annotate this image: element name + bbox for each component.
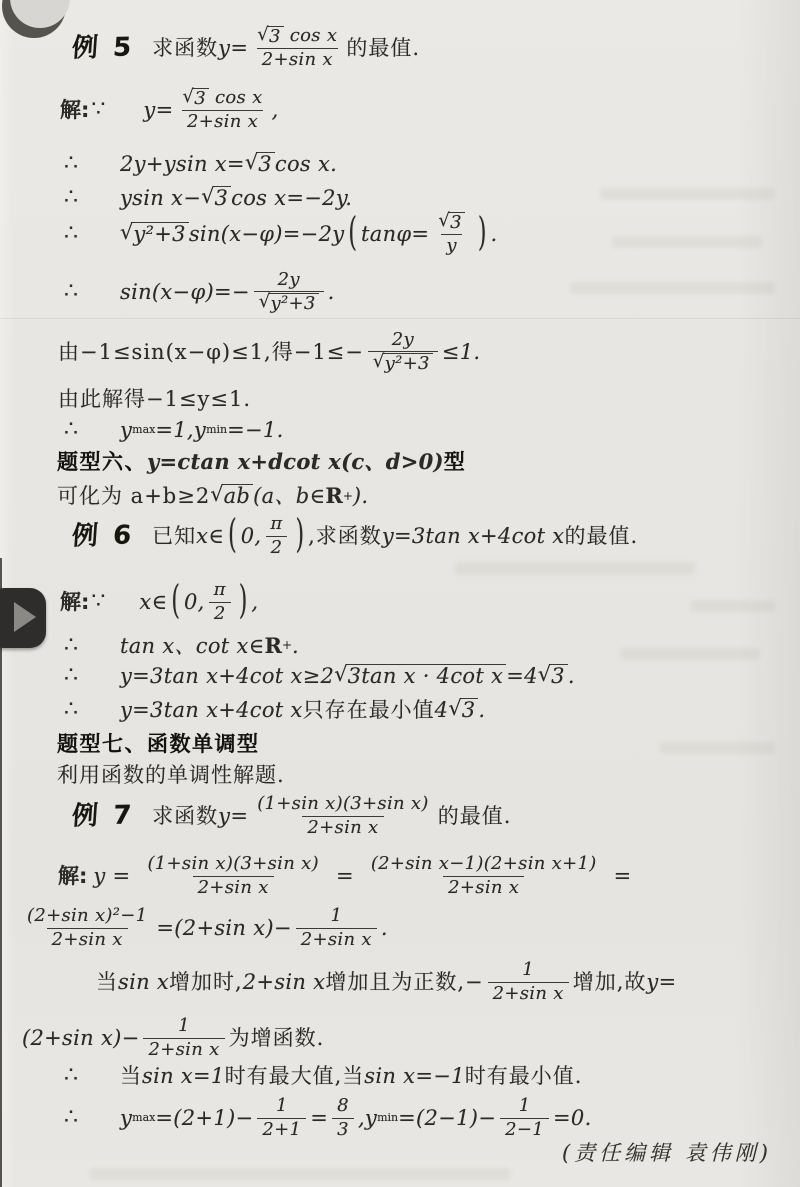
e7-step-3: 当 sin x 增加时,2+sin x 增加且为正数,− 12+sin x 增加… [96,956,676,1008]
therefore-symbol: ∴ [64,696,120,724]
note-text: 利用函数的单调性解题. [57,762,285,788]
math-text: y=3tan x+4cot x≥2 [120,663,334,689]
superscript-plus: + [343,489,353,504]
denominator: 2+sin x [296,928,377,950]
math-text: x∈ [196,523,224,549]
editor-credit-text: (责任编辑 袁伟刚) [562,1140,772,1166]
subscript-max: max [132,1111,155,1125]
math-text: (a、b∈ [253,483,325,509]
fraction: √3 cos x 2+sin x [177,88,267,132]
section6-note: 可化为 a+b≥2√ab(a、b∈R+). [57,483,368,509]
sqrt-icon: √ [334,663,347,686]
math-text: . [478,697,485,723]
equals: = [614,863,632,889]
conclusion-text: 由此解得−1≤y≤1. [58,386,251,412]
math-text: y= [143,97,173,123]
example5-prompt: 求函数 [152,35,218,61]
sqrt-icon: √ [538,663,551,686]
sqrt-icon: √ [448,697,461,720]
radicand: y²+3 [269,293,319,314]
heading-label: 题型七、函数单调型 [57,731,260,757]
numerator: 2y [273,270,305,291]
e7-step-4: (2+sin x)− 12+sin x 为增函数. [22,1012,324,1064]
therefore-symbol: ∴ [64,632,120,660]
equals: = [310,1105,328,1131]
section7-note: 利用函数的单调性解题. [57,762,285,788]
math-text: y [120,417,132,443]
fraction: (1+sin x)(3+sin x)2+sin x [142,854,323,897]
subscript-max: max [132,423,155,437]
solution-label: 解: [60,589,89,615]
left-paren: ( [228,511,237,561]
left-paren: ( [171,577,180,627]
equals: = [336,863,354,889]
radicand: 3 [267,26,284,47]
denominator: 2+sin x [257,48,338,70]
fraction: (2+sin x)²−12+sin x [22,906,152,949]
sqrt-icon: √ [259,292,271,312]
example7-label: 例 7 [71,799,136,833]
sqrt-radical: √y²+3 [373,353,433,374]
e6-step-4: ∴ y=3tan x+4cot x 只存在最小值 4√3. [64,696,485,724]
therefore-symbol: ∴ [64,1104,120,1132]
numerator: 1 [517,960,539,981]
denominator: 2 [209,602,231,624]
therefore-symbol: ∴ [64,662,120,690]
sqrt-icon: √ [201,185,214,208]
math-text: 4 [435,697,449,723]
page-edge-line [0,558,2,1187]
numerator: 1 [514,1096,536,1117]
example7-prompt-end: 的最值. [438,803,512,829]
math-text: sin x [118,969,169,995]
because-symbol: ∵ [91,96,125,124]
bleedthrough-smudge [570,282,775,294]
denominator: 2+sin x [443,876,524,898]
denominator: 2+sin x [47,928,128,950]
math-text: =1,y [155,417,206,443]
example5-label: 例 5 [71,31,136,65]
e7-step-5: ∴ 当 sin x=1 时有最大值,当 sin x=−1 时有最小值. [64,1062,582,1090]
numerator: 1 [173,1016,195,1037]
radicand: 3 [448,212,465,233]
math-text: y= [218,35,248,61]
fraction: 12−1 [500,1096,549,1139]
e5-step-6: 由−1≤sin(x−φ)≤1,得−1≤− 2y √y²+3 ≤1. [58,322,480,382]
math-text: sin x=−1 [364,1063,465,1089]
sqrt-radical: √y²+3 [259,293,319,314]
math-text: =(2+sin x)− [156,915,291,941]
numerator: (1+sin x)(3+sin x) [142,854,323,875]
math-text: sin(x−φ)=− [120,279,250,305]
right-paren: ) [296,511,305,561]
math-text: tanφ= [361,221,429,247]
fraction: (2+sin x−1)(2+sin x+1)2+sin x [366,854,602,897]
denominator: 2+sin x [302,816,383,838]
numerator: 1 [271,1096,293,1117]
therefore-symbol: ∴ [64,150,120,178]
numerator-rest: cos x [209,87,263,108]
math-text: =(2+1)− [155,1105,253,1131]
denominator: 2+sin x [143,1038,224,1060]
math-text: 0, [184,589,205,615]
e5-step-8: ∴ ymax=1,ymin=−1. [64,416,284,444]
body-text: 时有最小值. [465,1063,583,1089]
example6-prompt-mid: ,求函数 [308,523,382,549]
heading-label: 题型六、 [57,449,147,475]
math-text: , [272,97,279,123]
superscript-plus: + [282,638,292,653]
sqrt-icon: √ [210,483,223,506]
bleedthrough-smudge [600,188,775,200]
sqrt-radical: √3 [245,152,275,176]
math-text: 由−1≤sin(x−φ)≤1,得−1≤− [58,339,364,365]
math-text: . [490,221,497,247]
bleedthrough-smudge [660,742,775,754]
e5-step-1: 解: ∵ y= √3 cos x 2+sin x , [60,88,279,132]
numerator: 2y [387,330,419,351]
math-text: =(2−1)− [398,1105,496,1131]
sqrt-radical: √3 [538,664,568,688]
math-text: ). [353,483,368,509]
math-text: 2y+ysin x= [120,151,245,177]
math-text: . [381,915,388,941]
e6-step-3: ∴ y=3tan x+4cot x≥2√3tan x · 4cot x=4√3. [64,662,575,690]
bleedthrough-smudge [690,600,775,612]
sqrt-radical: √3 [438,212,465,233]
right-paren: ) [239,577,248,627]
therefore-symbol: ∴ [64,278,120,306]
note-text: 可化为 a+b≥2 [57,483,210,509]
right-paren: ) [478,209,487,259]
fraction: 12+sin x [296,906,377,949]
math-text: =4 [506,663,538,689]
math-text: y=3tan x+4cot x [382,523,565,549]
fraction: 83 [332,1096,354,1139]
example6-prompt: 已知 [152,523,196,549]
heading-formula: y=ctan x+dcot x(c、d>0) [147,449,444,475]
example6-prompt-end: 的最值. [564,523,638,549]
e5-step-7: 由此解得−1≤y≤1. [58,386,251,412]
example5-prompt-end: 的最值. [346,35,420,61]
math-text: sin x=1 [142,1063,225,1089]
denominator: 2 [266,536,288,558]
scanned-textbook-page: 例 5 求函数 y= √3 cos x 2+sin x 的最值. 解: ∵ y=… [0,0,800,1187]
sqrt-radical: √y²+3 [120,222,189,246]
subscript-min: min [206,423,227,437]
e5-step-5: ∴ sin(x−φ)=− 2y √y²+3 . [64,262,335,322]
math-text: =0. [553,1105,592,1131]
therefore-symbol: ∴ [64,1062,120,1090]
math-text: y= [646,969,676,995]
bleedthrough-smudge [612,236,762,248]
math-text: . [568,663,575,689]
example7-title: 例 7 求函数 y= (1+sin x)(3+sin x)2+sin x 的最值… [72,790,511,842]
denominator: 2+sin x [193,876,274,898]
left-paren: ( [348,209,357,259]
fraction: (1+sin x)(3+sin x)2+sin x [252,794,433,837]
e7-step-1: 解: y = (1+sin x)(3+sin x)2+sin x = (2+si… [58,850,632,902]
fraction: 12+sin x [488,960,569,1003]
numerator: π [209,580,231,601]
fraction: π2 [265,514,287,557]
sqrt-radical: √ab [210,484,253,508]
body-text: 时有最大值,当 [225,1063,365,1089]
radicand: 3 [192,88,209,109]
denominator: 2+sin x [488,982,569,1004]
radicand: y²+3 [383,353,433,374]
section7-heading: 题型七、函数单调型 [57,731,260,757]
math-text: 0, [241,523,262,549]
example7-prompt: 求函数 [152,803,218,829]
bleedthrough-smudge [455,562,695,575]
denominator: 2+1 [257,1118,306,1140]
denominator: y [441,234,461,256]
sqrt-radical: √3tan x · 4cot x [334,664,506,688]
math-text: . [292,633,299,659]
sqrt-radical: √3 [257,26,284,47]
e7-step-2: (2+sin x)²−12+sin x =(2+sin x)− 12+sin x… [22,902,388,954]
sqrt-radical: √3 [182,88,209,109]
fraction: 12+sin x [143,1016,224,1059]
sqrt-icon: √ [373,352,385,372]
numerator: 8 [332,1096,354,1117]
e6-step-1: 解: ∵ x∈ ( 0, π2 ) , [60,578,258,626]
math-text: cos x. [275,151,337,177]
example6-title: 例 6 已知 x∈ ( 0, π2 ) ,求函数 y=3tan x+4cot x… [72,512,638,560]
sqrt-icon: √ [257,25,269,45]
sqrt-icon: √ [245,151,258,174]
body-text: 为增函数. [229,1025,325,1051]
e6-step-2: ∴ tan x、cot x∈R+. [64,632,299,660]
solution-label: 解: [60,97,89,123]
solution-label: 解: [58,863,87,889]
numerator: (1+sin x)(3+sin x) [252,794,433,815]
denominator: 2+sin x [182,110,263,132]
radicand: y²+3 [131,222,188,246]
math-text: y = [93,863,130,889]
radicand: 3tan x · 4cot x [346,664,507,688]
math-text: ,y [358,1105,377,1131]
radicand: 3 [460,698,479,722]
math-text: y [120,1105,132,1131]
math-text: =−1. [227,417,283,443]
math-text: (2+sin x)− [22,1025,139,1051]
body-text: 增加,故 [573,969,647,995]
conclusion-text: 只存在最小值 [303,697,435,723]
math-text: . [328,279,335,305]
radicand: 3 [256,152,275,176]
math-text: y= [218,803,248,829]
body-text: 当 [96,969,118,995]
radicand: 3 [549,664,568,688]
therefore-symbol: ∴ [64,416,120,444]
editor-credit: (责任编辑 袁伟刚) [562,1140,772,1166]
binding-clip-arrow-icon [14,602,36,632]
subscript-min: min [377,1111,398,1125]
fraction: √3 y [433,212,470,256]
body-text: 增加且为正数,− [325,969,483,995]
fraction: 2y √y²+3 [254,270,324,314]
denominator: 3 [332,1118,354,1140]
example6-label: 例 6 [71,519,136,553]
fraction: 2y √y²+3 [368,330,438,374]
bleedthrough-smudge [90,1168,510,1180]
math-text: ≤1. [442,339,481,365]
numerator: (2+sin x−1)(2+sin x+1) [366,854,602,875]
fraction: 12+1 [257,1096,306,1139]
fraction: π2 [209,580,231,623]
heading-suffix: 型 [444,449,467,475]
radicand: ab [222,484,254,508]
numerator-rest: cos x [284,25,338,46]
example5-title: 例 5 求函数 y= √3 cos x 2+sin x 的最值. [72,26,420,70]
reals-symbol: R [265,633,282,659]
therefore-symbol: ∴ [64,220,120,248]
sqrt-icon: √ [438,211,450,231]
section6-heading: 题型六、 y=ctan x+dcot x(c、d>0) 型 [57,449,466,475]
e5-step-4: ∴ √y²+3 sin(x−φ)=−2y ( tanφ= √3 y ) . [64,206,497,262]
denominator: 2−1 [500,1118,549,1140]
fraction: √3 cos x 2+sin x [252,26,342,70]
math-text: y=3tan x+4cot x [120,697,303,723]
numerator: 1 [325,906,347,927]
math-text: 2+sin x [243,969,326,995]
math-text: sin(x−φ)=−2y [189,221,345,247]
sqrt-icon: √ [120,221,133,244]
e5-step-2: ∴ 2y+ysin x=√3 cos x. [64,150,337,178]
math-text: tan x、cot x∈ [120,633,265,659]
bleedthrough-smudge [620,648,760,660]
reals-symbol: R [325,483,342,509]
math-text: , [251,589,258,615]
sqrt-radical: √3 [448,698,478,722]
body-text: 当 [120,1063,142,1089]
sqrt-icon: √ [182,87,194,107]
body-text: 增加时, [169,969,243,995]
numerator: (2+sin x)²−1 [22,906,152,927]
e7-step-6: ∴ ymax=(2+1)− 12+1 = 83 ,ymin=(2−1)− 12−… [64,1092,592,1144]
math-text: x∈ [139,589,167,615]
numerator: π [265,514,287,535]
because-symbol: ∵ [91,588,125,616]
